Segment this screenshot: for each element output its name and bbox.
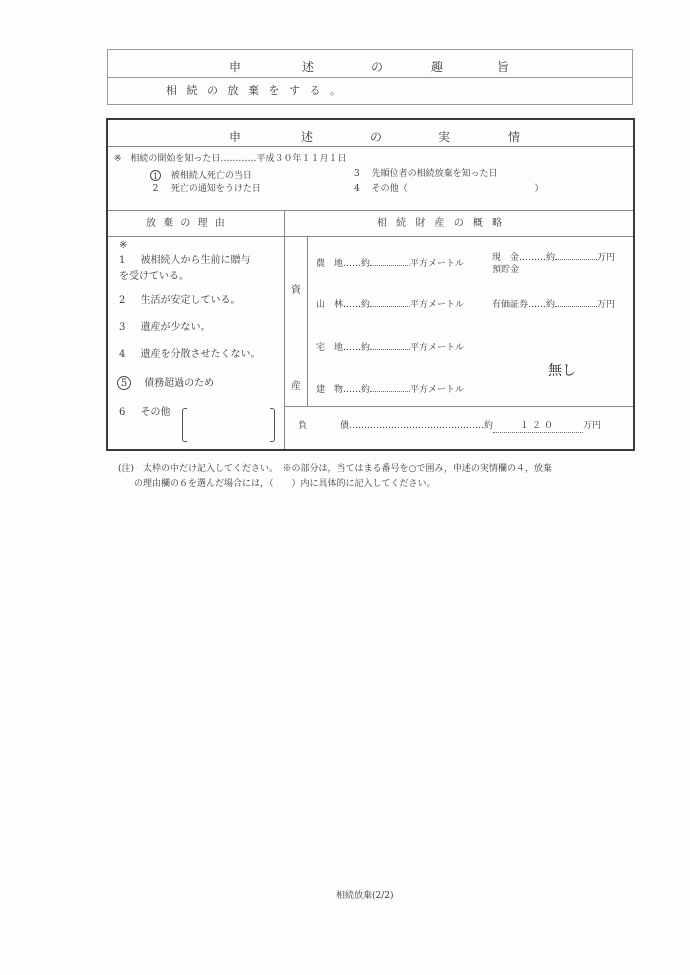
footnote-line-1: (注) 太枠の中だけ記入してください。 ※の部分は，当てはまる番号を○で囲み，申… (118, 461, 552, 474)
asset-row-cash: 現 金………約万円 預貯金 (492, 250, 615, 276)
asset-row-building: 建 物……約平方メートル (316, 382, 464, 395)
asset-row-farmland: 農 地……約平方メートル (316, 256, 464, 269)
page-footer: 相続放棄(2/2) (336, 888, 394, 901)
reason-label: 遺産を分散させたくない。 (141, 349, 261, 360)
reason-item-1[interactable]: 1 被相続人から生前に贈与 を受けている。 (119, 253, 251, 285)
right-bracket-icon (270, 408, 275, 442)
divider (108, 210, 633, 211)
divider (284, 236, 633, 237)
reasons-asterisk: ※ (119, 241, 127, 251)
selected-circle-icon: 5 (117, 376, 131, 390)
heading-char: の (371, 58, 383, 75)
reason-item-4[interactable]: 4 遺産を分散させたくない。 (119, 350, 261, 360)
asset-value-field[interactable] (370, 340, 410, 350)
reason-item-3[interactable]: 3 遺産が少ない。 (119, 323, 211, 333)
asset-label: 山 林……約 (316, 300, 370, 310)
footnote-line-2: の理由欄の６を選んだ場合には，（ ）内に具体的に記入してください。 (134, 476, 436, 489)
divider (284, 406, 633, 407)
debt-unit: 万円 (583, 421, 601, 431)
reason-item-2[interactable]: 2 生活が安定している。 (119, 296, 241, 306)
divider (108, 236, 284, 237)
option-number: 2 (150, 185, 161, 194)
asset-unit: 平方メートル (410, 343, 464, 353)
heading-char: 実 (438, 128, 450, 145)
heading-char: の (370, 128, 382, 145)
assets-label-top: 資 (291, 286, 301, 296)
asset-label: 建 物……約 (316, 385, 370, 395)
debt-label: 負 (298, 422, 307, 431)
start-date-line: ※ 相続の開始を知った日…………平成３０年１１月１日 (114, 155, 346, 164)
divider (108, 146, 633, 147)
asset-label: 宅 地……約 (316, 343, 370, 353)
option-number: 4 (354, 184, 360, 194)
asset-unit: 平方メートル (410, 259, 464, 269)
option-close-paren: ） (535, 184, 544, 194)
reason-number: 4 (119, 349, 125, 360)
asset-unit: 平方メートル (410, 385, 464, 395)
heading-char: 申 (229, 58, 241, 75)
reason-item-5[interactable]: 5 債務超過のため (117, 376, 214, 390)
debt-row: 債………………………………………約１２０万円 (340, 422, 601, 433)
left-bracket-icon (182, 408, 187, 442)
asset-value-field[interactable] (370, 297, 410, 307)
heading-char: 情 (508, 128, 520, 145)
start-date-option-2[interactable]: 2 死亡の通知をうけた日 (150, 185, 261, 194)
reason-label: 遺産が少ない。 (141, 322, 211, 333)
option-label: 死亡の通知をうけた日 (171, 184, 261, 194)
debt-label-dots: 債………………………………………約 (340, 421, 493, 431)
reason-label: その他 (141, 407, 171, 418)
estate-header: 相 続 財 産 の 概 略 (377, 219, 505, 229)
reason-label: 債務超過のため (144, 378, 214, 389)
option-number: 3 (354, 169, 360, 179)
start-date-option-1[interactable]: 1 被相続人死亡の当日 (150, 170, 252, 181)
reasons-header: 放 棄 の 理 由 (146, 219, 227, 229)
asset-unit: 万円 (597, 300, 615, 310)
purpose-content: 相 続 の 放 棄 を す る 。 (166, 85, 344, 96)
asset-label: 農 地……約 (316, 259, 370, 269)
option-label: 先順位者の相続放棄を知った日 (372, 169, 498, 179)
option-label: 被相続人死亡の当日 (171, 171, 252, 181)
reason-number: 6 (119, 407, 125, 418)
heading-char: 旨 (497, 58, 509, 75)
start-date-option-3[interactable]: 3 先順位者の相続放棄を知った日 (354, 170, 498, 179)
heading-char: 述 (301, 128, 313, 145)
asset-value-field[interactable] (555, 297, 597, 307)
column-divider (284, 210, 285, 449)
asset-label: 有価証券……約 (492, 300, 555, 310)
debt-value-field[interactable]: １２０ (493, 422, 583, 433)
asset-unit: 平方メートル (410, 300, 464, 310)
asset-row-securities: 有価証券……約万円 (492, 297, 615, 310)
reason-label: 生活が安定している。 (141, 295, 241, 306)
reason-label: 被相続人から生前に贈与 (141, 255, 251, 266)
handwritten-none: 無し (548, 360, 576, 380)
asterisk-mark: ※ (114, 154, 122, 164)
other-reason-input[interactable] (188, 408, 270, 442)
assets-column-divider (307, 236, 308, 406)
asset-row-residential-land: 宅 地……約平方メートル (316, 340, 464, 353)
asset-value-field[interactable] (370, 256, 410, 266)
start-date-label: 相続の開始を知った日………… (130, 154, 256, 164)
circumstances-section: 申 述 の 実 情 ※ 相続の開始を知った日…………平成３０年１１月１日 1 被… (106, 118, 635, 451)
selected-circle-icon: 1 (150, 170, 161, 181)
asset-row-forest: 山 林……約平方メートル (316, 297, 464, 310)
reason-label-cont: を受けている。 (119, 271, 189, 282)
reason-item-6[interactable]: 6 その他 (119, 408, 171, 418)
purpose-section: 申 述 の 趣 旨 相 続 の 放 棄 を す る 。 (107, 49, 633, 105)
start-date-option-4[interactable]: 4 その他（ ） (354, 185, 544, 194)
reason-number: 1 (119, 255, 125, 266)
heading-char: 申 (229, 128, 241, 145)
asset-value-field[interactable] (555, 250, 597, 260)
heading-char: 述 (302, 58, 314, 75)
asset-value-field[interactable] (370, 382, 410, 392)
asset-label: 現 金………約 (492, 253, 555, 263)
assets-label-bottom: 産 (291, 382, 301, 392)
divider (108, 77, 632, 78)
asset-label-cont: 預貯金 (492, 265, 519, 275)
start-date-value: 平成３０年１１月１日 (256, 154, 346, 164)
reason-number: 2 (119, 295, 125, 306)
heading-char: 趣 (431, 58, 443, 75)
reason-number: 3 (119, 322, 125, 333)
asset-unit: 万円 (597, 253, 615, 263)
option-label: その他（ (372, 184, 408, 194)
